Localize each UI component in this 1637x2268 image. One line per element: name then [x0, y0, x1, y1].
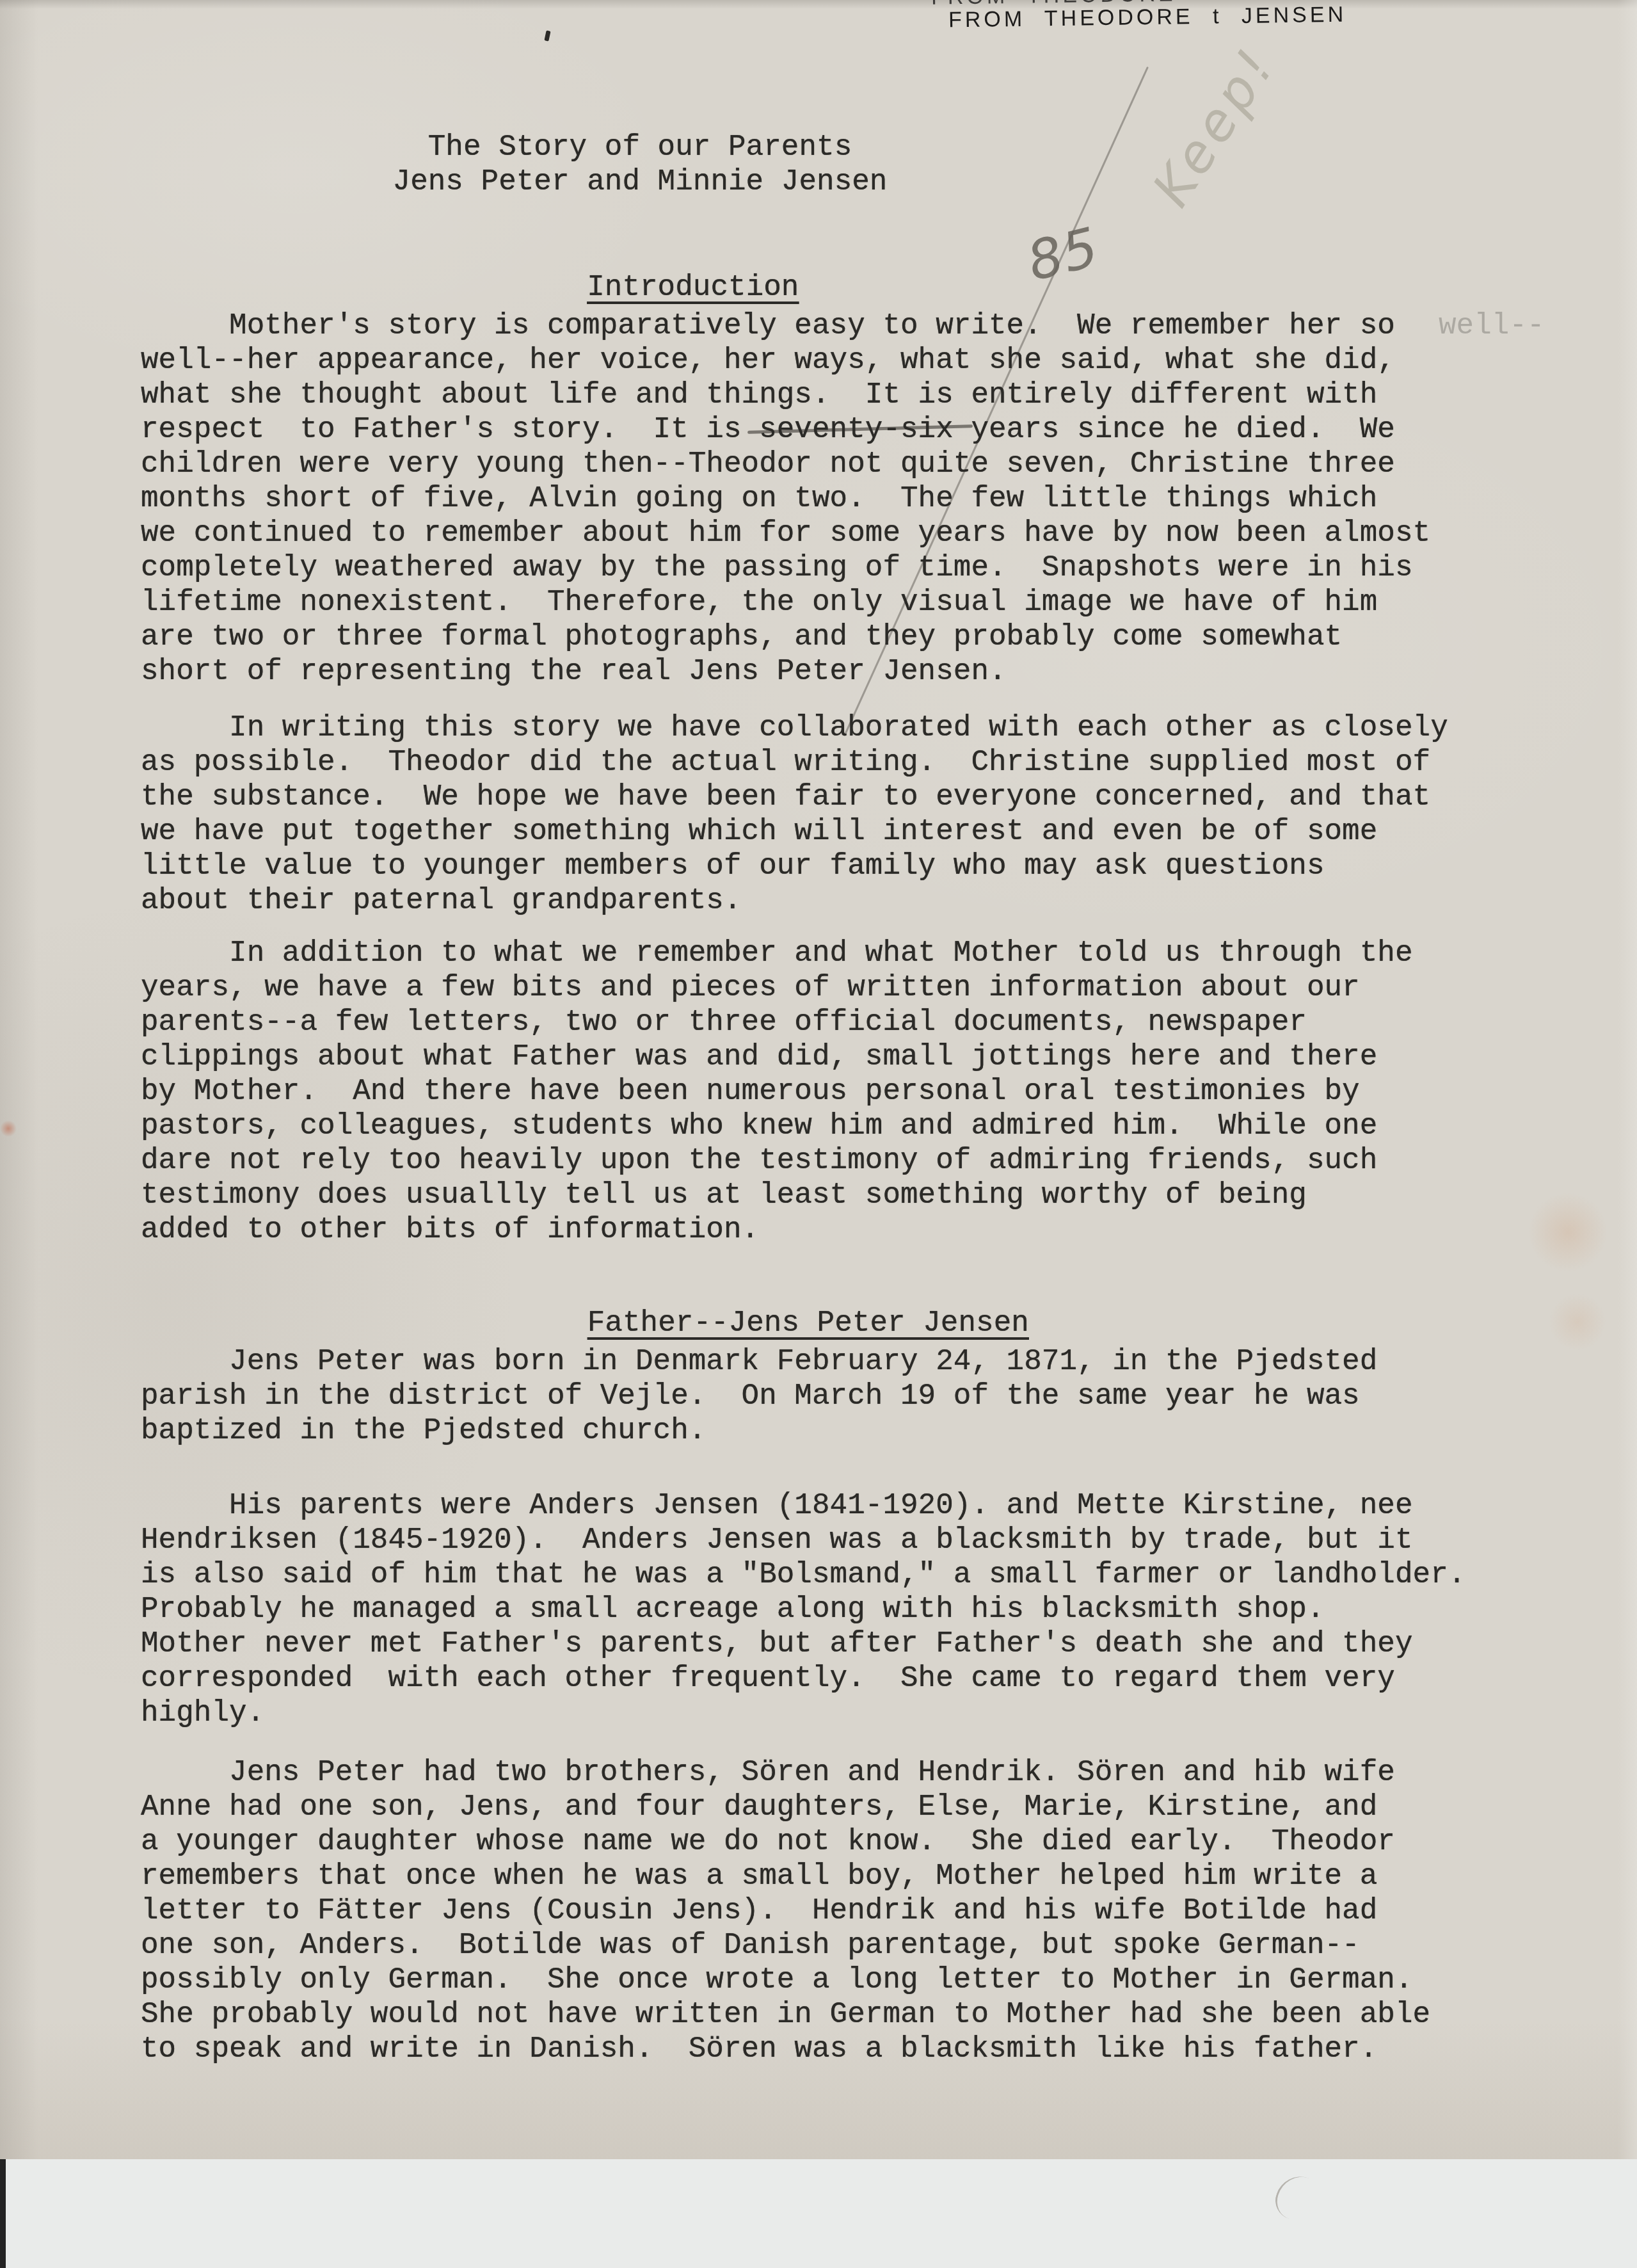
ink-speck — [544, 30, 550, 41]
paragraph-4: Jens Peter was born in Denmark February … — [141, 1344, 1377, 1448]
father-heading-text: Father--Jens Peter Jensen — [587, 1307, 1029, 1340]
stain — [1549, 1293, 1606, 1351]
scanned-page: FROM THEODORE FROM THEODORE t JENSEN Kee… — [0, 0, 1637, 2268]
handwritten-from-note: FROM THEODORE t JENSEN — [948, 3, 1347, 33]
paragraph-1: Mother's story is comparatively easy to … — [141, 309, 1430, 689]
paragraph-3: In addition to what we remember and what… — [141, 936, 1413, 1247]
paragraph-5: His parents were Anders Jensen (1841-192… — [141, 1488, 1465, 1730]
stain — [1529, 1191, 1606, 1274]
erased-ghost-text: well-- — [1439, 309, 1545, 343]
document-title-line1: The Story of our Parents — [192, 130, 1088, 165]
scanner-backdrop — [0, 2159, 1637, 2268]
stain — [0, 1120, 17, 1137]
document-title-line2: Jens Peter and Minnie Jensen — [192, 165, 1088, 199]
paragraph-6: Jens Peter had two brothers, Sören and H… — [141, 1755, 1430, 2066]
typewritten-sheet: FROM THEODORE FROM THEODORE t JENSEN Kee… — [0, 0, 1637, 2159]
pencil-keep-note: Keep! — [1141, 36, 1288, 218]
paragraph-2: In writing this story we have collaborat… — [141, 711, 1448, 918]
scan-edge-artifact — [0, 2159, 6, 2268]
intro-heading-text: Introduction — [587, 271, 799, 304]
